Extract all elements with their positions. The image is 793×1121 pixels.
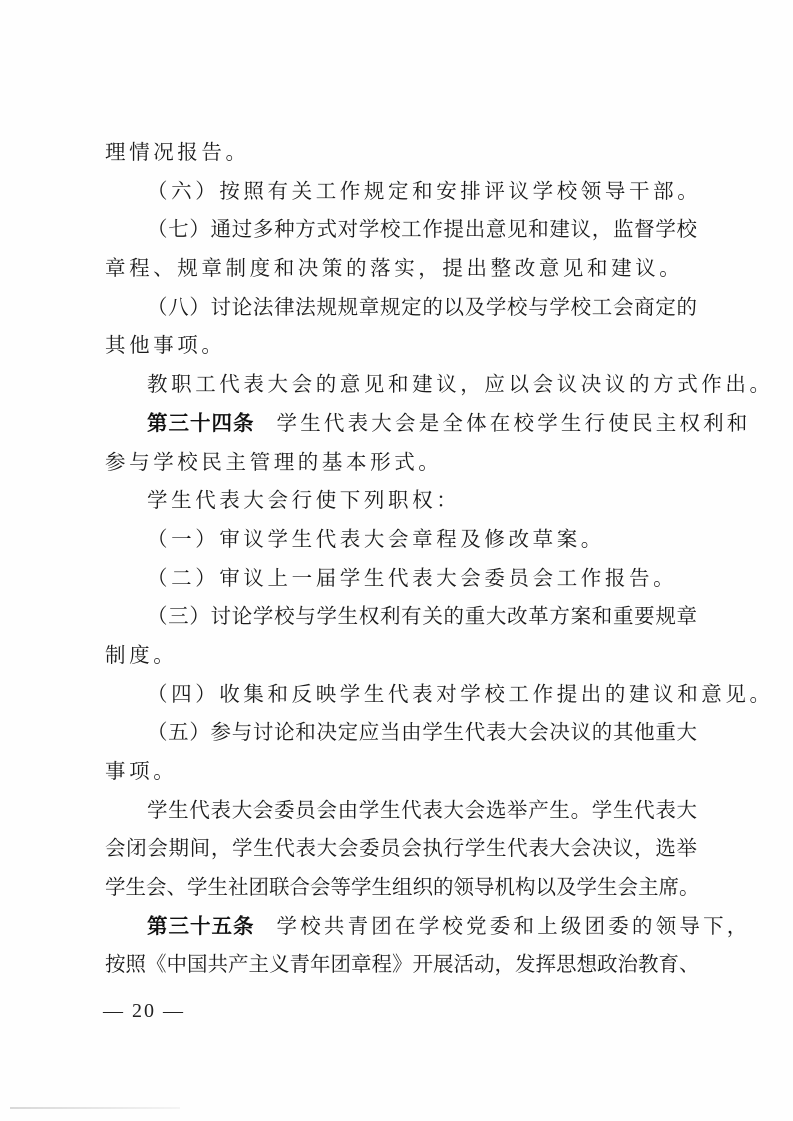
article-text: 学生代表大会是全体在校学生行使民主权利和 [277,404,751,443]
text-line: 按照《中国共产主义青年团章程》开展活动，发挥思想政治教育、 [105,945,697,984]
text-line: （八）讨论法律法规规章规定的以及学校与学校工会商定的 [105,288,697,327]
article-line: 第三十五条 学校共青团在学校党委和上级团委的领导下， [105,907,697,946]
text-line: 教职工代表大会的意见和建议，应以会议决议的方式作出。 [105,365,697,404]
scan-edge-line [10,1107,180,1109]
text-line: （四）收集和反映学生代表对学校工作提出的建议和意见。 [105,675,697,714]
text-line: （七）通过多种方式对学校工作提出意见和建议，监督学校 [105,210,697,249]
text-line: 学生会、学生社团联合会等学生组织的领导机构以及学生会主席。 [105,868,697,907]
article-heading: 第三十五条 [147,907,255,946]
article-heading: 第三十四条 [147,404,255,443]
document-page: 理情况报告。 （六）按照有关工作规定和安排评议学校领导干部。 （七）通过多种方式… [0,0,793,1121]
text-line: 会闭会期间，学生代表大会委员会执行学生代表大会决议，选举 [105,829,697,868]
text-line: （五）参与讨论和决定应当由学生代表大会决议的其他重大 [105,713,697,752]
text-line: （二）审议上一届学生代表大会委员会工作报告。 [105,559,697,598]
article-text: 学校共青团在学校党委和上级团委的领导下， [277,907,751,946]
text-line: 学生代表大会委员会由学生代表大会选举产生。学生代表大 [105,791,697,830]
text-line: 章程、规章制度和决策的落实，提出整改意见和建议。 [105,249,697,288]
text-line: （一）审议学生代表大会章程及修改草案。 [105,520,697,559]
text-line: 其他事项。 [105,326,697,365]
text-line: （三）讨论学校与学生权利有关的重大改革方案和重要规章 [105,597,697,636]
page-number: — 20 — [103,1000,185,1023]
text-line: 参与学校民主管理的基本形式。 [105,443,697,482]
text-line: 理情况报告。 [105,133,697,172]
text-line: （六）按照有关工作规定和安排评议学校领导干部。 [105,172,697,211]
text-line: 制度。 [105,636,697,675]
article-line: 第三十四条 学生代表大会是全体在校学生行使民主权利和 [105,404,697,443]
document-body: 理情况报告。 （六）按照有关工作规定和安排评议学校领导干部。 （七）通过多种方式… [105,133,697,984]
text-line: 事项。 [105,752,697,791]
text-line: 学生代表大会行使下列职权： [105,481,697,520]
